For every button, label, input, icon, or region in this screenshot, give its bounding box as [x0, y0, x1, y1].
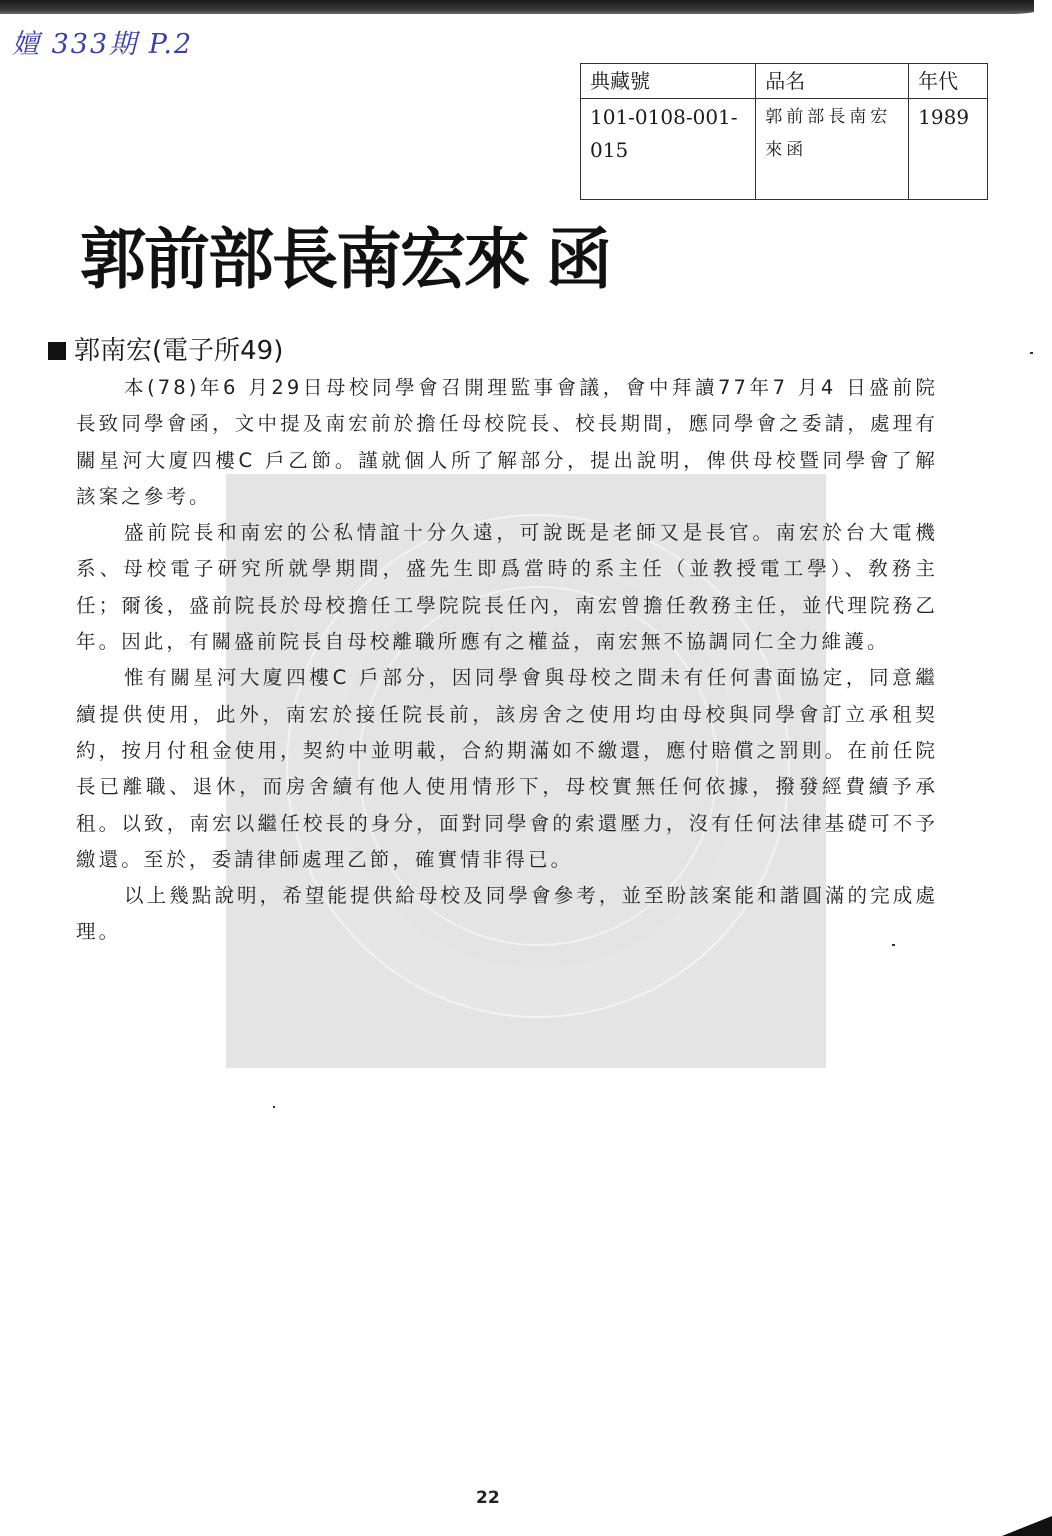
scan-edge-top	[0, 0, 1052, 14]
item-name-line1: 郭前部長南宏	[765, 101, 899, 134]
catalog-data-row: 101-0108-001- 015 郭前部長南宏 來函 1989	[581, 99, 988, 200]
square-bullet-icon	[48, 342, 66, 360]
catalog-id-line1: 101-0108-001-	[590, 101, 746, 134]
cell-year: 1989	[909, 99, 988, 200]
paragraph-2: 盛前院長和南宏的公私情誼十分久遠，可說既是老師又是長官。南宏於台大電機系、母校電…	[76, 515, 938, 660]
scan-speck	[1030, 352, 1033, 354]
scan-speck	[273, 1106, 275, 1108]
title-main: 郭前部長南宏來	[80, 221, 528, 298]
document-title: 郭前部長南宏來函	[80, 212, 610, 308]
scan-edge-corner	[1034, 0, 1052, 22]
scan-corner-bottom-right	[1002, 1516, 1052, 1536]
header-catalog-id: 典藏號	[581, 64, 756, 99]
author-heading: 郭南宏(電子所49)	[48, 333, 938, 369]
handwritten-annotation: 嬗 333期 P.2	[12, 22, 193, 61]
catalog-header-row: 典藏號 品名 年代	[581, 64, 988, 99]
paragraph-3: 惟有關星河大廈四樓C 戶部分，因同學會與母校之間未有任何書面協定，同意繼續提供使…	[76, 660, 938, 878]
scan-speck	[892, 944, 895, 946]
catalog-info-table: 典藏號 品名 年代 101-0108-001- 015 郭前部長南宏 來函 19…	[580, 63, 988, 200]
item-name-line2: 來函	[765, 134, 899, 167]
author-name: 郭南宏(電子所49)	[74, 333, 283, 369]
article-body: 郭南宏(電子所49) 本(78)年6 月29日母校同學會召開理監事會議，會中拜讀…	[48, 333, 938, 951]
catalog-id-line2: 015	[590, 134, 746, 167]
paragraph-1: 本(78)年6 月29日母校同學會召開理監事會議，會中拜讀77年7 月4 日盛前…	[76, 370, 938, 515]
header-item-name: 品名	[756, 64, 909, 99]
cell-item-name: 郭前部長南宏 來函	[756, 99, 909, 200]
page-number: 22	[476, 1488, 500, 1508]
header-year: 年代	[909, 64, 988, 99]
paragraph-4: 以上幾點說明，希望能提供給母校及同學會參考，並至盼該案能和諧圓滿的完成處理。	[76, 878, 938, 951]
title-last-char: 函	[546, 221, 610, 298]
cell-catalog-id: 101-0108-001- 015	[581, 99, 756, 200]
